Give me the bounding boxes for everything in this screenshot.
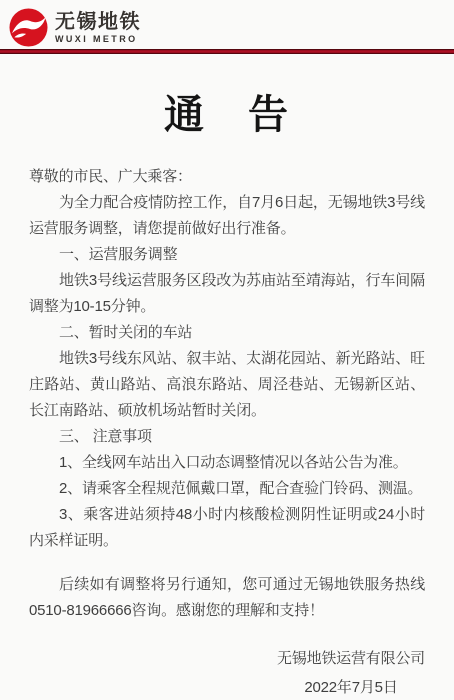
intro-paragraph: 为全力配合疫情防控工作，自7月6日起，无锡地铁3号线运营服务调整，请您提前做好出… xyxy=(29,190,425,242)
note-item-2: 2、请乘客全程规范佩戴口罩，配合查验门铃码、测温。 xyxy=(29,476,425,502)
section-1-body: 地铁3号线运营服务区段改为苏庙站至靖海站，行车间隔调整为10-15分钟。 xyxy=(29,268,425,320)
note-item-3: 3、乘客进站须持48小时内核酸检测阴性证明或24小时内采样证明。 xyxy=(29,502,425,554)
header-divider-rule xyxy=(0,49,454,54)
greeting-line: 尊敬的市民、广大乘客： xyxy=(29,164,425,190)
section-2-body: 地铁3号线东风站、叙丰站、太湖花园站、新光路站、旺庄路站、黄山路站、高浪东路站、… xyxy=(29,346,425,424)
signature-inner: 无锡地铁运营有限公司 2022年7月5日 xyxy=(277,644,425,700)
wuxi-metro-logo-icon xyxy=(9,8,48,47)
company-name: 无锡地铁运营有限公司 xyxy=(277,644,425,673)
section-3-heading: 三、 注意事项 xyxy=(29,424,425,450)
app-header: 无锡地铁 WUXI METRO xyxy=(0,0,454,48)
brand-wordmark: 无锡地铁 WUXI METRO xyxy=(55,11,141,44)
closing-paragraph: 后续如有调整将另行通知，您可通过无锡地铁服务热线0510-81966666咨询。… xyxy=(29,572,425,624)
notice-title: 通 告 xyxy=(29,90,425,140)
section-1-heading: 一、运营服务调整 xyxy=(29,242,425,268)
note-item-1: 1、全线网车站出入口动态调整情况以各站公告为准。 xyxy=(29,450,425,476)
notice-page: 无锡地铁 WUXI METRO 通 告 尊敬的市民、广大乘客： 为全力配合疫情防… xyxy=(0,0,454,700)
section-2-heading: 二、暂时关闭的车站 xyxy=(29,320,425,346)
brand-name-en: WUXI METRO xyxy=(55,34,141,44)
brand-name: 无锡地铁 xyxy=(55,11,141,33)
signature-block: 无锡地铁运营有限公司 2022年7月5日 xyxy=(29,644,425,700)
notice-date: 2022年7月5日 xyxy=(277,673,425,700)
notice-document: 通 告 尊敬的市民、广大乘客： 为全力配合疫情防控工作，自7月6日起，无锡地铁3… xyxy=(0,90,454,700)
